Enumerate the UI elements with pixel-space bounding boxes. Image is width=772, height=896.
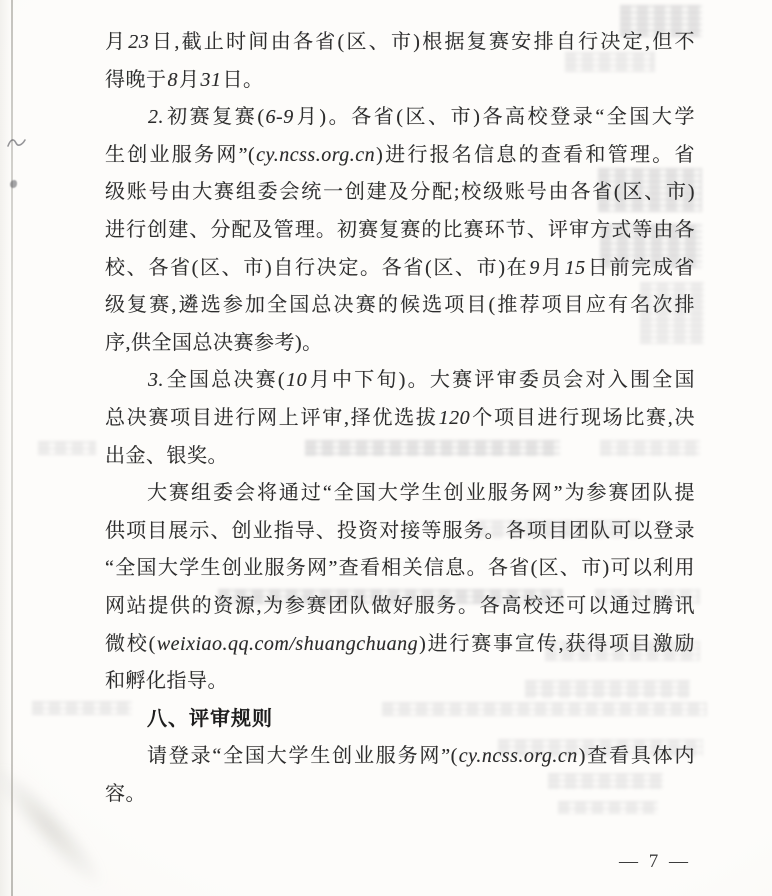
text-line: 2.初赛复赛(6-9月)。各省(区、市)各高校登录“全国大学 <box>105 99 695 137</box>
text-line: 微校(weixiao.qq.com/shuangchuang)进行赛事宣传,获得… <box>105 626 695 664</box>
text-line: 供项目展示、创业指导、投资对接等服务。各项目团队可以登录 <box>105 513 695 551</box>
text-line: 校、各省(区、市)自行决定。各省(区、市)在9月15日前完成省 <box>105 250 695 288</box>
text-line: 大赛组委会将通过“全国大学生创业服务网”为参赛团队提 <box>105 475 695 513</box>
pen-mark-artifact <box>6 135 28 151</box>
text-line: 3.全国总决赛(10月中下旬)。大赛评审委员会对入围全国 <box>105 362 695 400</box>
text-line: 得晚于8月31日。 <box>105 62 695 100</box>
text-line: 总决赛项目进行网上评审,择优选拔120个项目进行现场比赛,决 <box>105 400 695 438</box>
text-line: 序,供全国总决赛参考)。 <box>105 325 695 363</box>
corner-smudge-artifact <box>0 756 115 896</box>
text-line: 八、评审规则 <box>105 701 695 739</box>
text-line: 生创业服务网”(cy.ncss.org.cn)进行报名信息的查看和管理。省 <box>105 137 695 175</box>
text-line: 级账号由大赛组委会统一创建及分配;校级账号由各省(区、市) <box>105 174 695 212</box>
pen-dot-artifact <box>10 180 17 188</box>
text-line: “全国大学生创业服务网”查看相关信息。各省(区、市)可以利用 <box>105 550 695 588</box>
text-line: 容。 <box>105 776 695 814</box>
text-line: 出金、银奖。 <box>105 438 695 476</box>
bleedthrough-artifact <box>38 441 96 455</box>
text-line: 进行创建、分配及管理。初赛复赛的比赛环节、评审方式等由各高 <box>105 212 695 250</box>
document-body: 月23日,截止时间由各省(区、市)根据复赛安排自行决定,但不得晚于8月31日。2… <box>105 24 695 813</box>
text-line: 网站提供的资源,为参赛团队做好服务。各高校还可以通过腾讯 <box>105 588 695 626</box>
scanned-document-page: 月23日,截止时间由各省(区、市)根据复赛安排自行决定,但不得晚于8月31日。2… <box>0 0 772 896</box>
text-line: 月23日,截止时间由各省(区、市)根据复赛安排自行决定,但不 <box>105 24 695 62</box>
text-line: 级复赛,遴选参加全国总决赛的候选项目(推荐项目应有名次排 <box>105 287 695 325</box>
text-line: 和孵化指导。 <box>105 663 695 701</box>
text-line: 请登录“全国大学生创业服务网”(cy.ncss.org.cn)查看具体内 <box>105 738 695 776</box>
page-number: — 7 — <box>600 849 710 875</box>
